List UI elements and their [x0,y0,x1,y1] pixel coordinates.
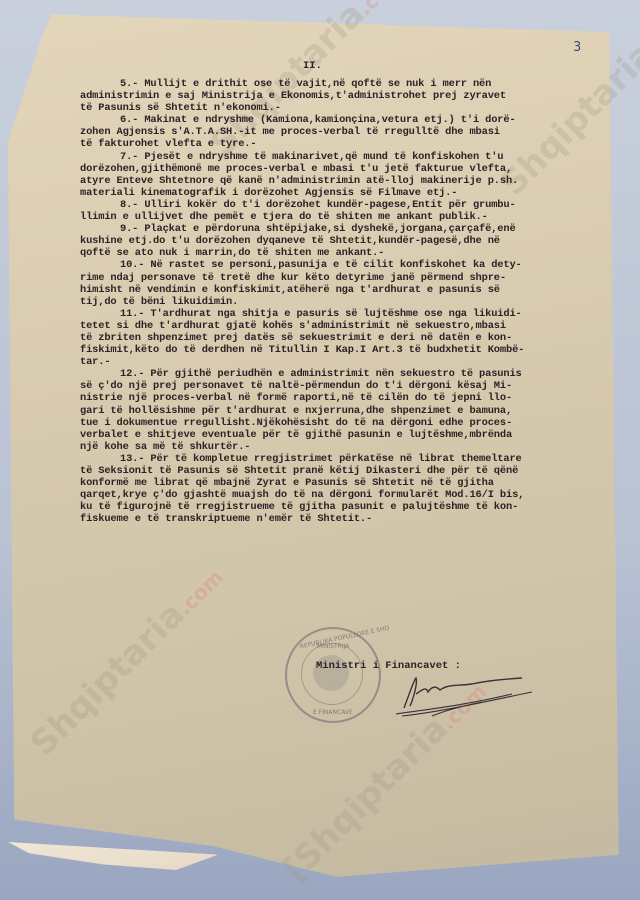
paragraph-7: 7.- Pjesët e ndryshme të makinarivet,që … [80,151,610,199]
text-line: administrimin e saj Ministrija e Ekonomi… [80,90,610,102]
seal-text-mid: MINISTRIJA [317,643,349,650]
page-number: 3 [573,40,581,55]
text-line: të zbriten shpenzimet prej datës së seku… [80,332,610,344]
official-seal-icon: REPUBLIKA POPULLORE E SHQ MINISTRIJA E F… [285,627,381,723]
text-line: tar.- [80,356,610,368]
text-line: 11.- T'ardhurat nga shitja e pasuris së … [80,308,610,320]
text-line: të Seksionit të Pasunis së Shtetit pranë… [80,465,610,477]
text-line: kushine etj.do t'u dorëzohen dyqaneve të… [80,235,610,247]
handwritten-signature-icon [392,672,542,722]
text-line: himisht në vendimin e konfiskimit,atëher… [80,284,610,296]
text-line: konformë me librat që mbajnë Zyrat e Pas… [80,477,610,489]
text-line: ku të figurojnë të rregjistrueme të gjit… [80,501,610,513]
text-line: materiali kinematografik i dorëzohet Agj… [80,187,610,199]
paragraph-12: 12.- Për gjithë periudhën e administrimi… [80,368,610,453]
text-line: fiskueme e të transkriptueme n'emër të S… [80,513,610,525]
section-heading: II. [303,60,322,72]
paragraph-6: 6.- Makinat e ndryshme (Kamiona,kamionçi… [80,114,610,150]
text-line: dorëzohen,gjithëmonë me proces-verbal e … [80,163,610,175]
text-line: një kohe sa më të shkurtër.- [80,441,610,453]
signatory-title: Ministri i Financavet : [316,660,461,672]
text-line: 9.- Plaçkat e përdoruna shtëpijake,si dy… [80,223,610,235]
text-line: 8.- Ulliri kokër do t'i dorëzohet kundër… [80,199,610,211]
text-line: të Pasunis së Shtetit n'ekonomi.- [80,102,610,114]
text-line: fiskimit,këto do të derdhen në Titullin … [80,344,610,356]
text-line: rime ndaj personave të tretë dhe kur kët… [80,272,610,284]
paragraph-13: 13.- Për të kompletue rregjistrimet përk… [80,453,610,526]
text-line: gari të hollësishme për t'ardhurat e nxj… [80,405,610,417]
text-line: 13.- Për të kompletue rregjistrimet përk… [80,453,610,465]
paragraph-5: 5.- Mullijt e drithit ose të vajit,në qo… [80,78,610,114]
text-line: zohen Agjensis s'A.T.A.SH.-it me proces-… [80,126,610,138]
text-line: qarqet,krye ç'do gjashtë muajsh do të na… [80,489,610,501]
text-line: verbalet e shitjeve eventuale për të gji… [80,429,610,441]
text-line: së ç'do një prej personavet të naltë-për… [80,380,610,392]
text-line: 10.- Në rastet se personi,pasunija e të … [80,259,610,271]
folded-corner [8,842,218,870]
document-body: 5.- Mullijt e drithit ose të vajit,në qo… [80,78,610,525]
text-line: qoftë se ato nuk i marrin,do të shiten m… [80,247,610,259]
paragraph-10: 10.- Në rastet se personi,pasunija e të … [80,259,610,307]
text-line: llimin e ullijvet dhe pemët e tjera do t… [80,211,610,223]
text-line: 12.- Për gjithë periudhën e administrimi… [80,368,610,380]
text-line: 6.- Makinat e ndryshme (Kamiona,kamionçi… [80,114,610,126]
text-line: tue i dokumentue rregullisht.Njëkohësish… [80,417,610,429]
text-line: nistrie një proces-verbal në formë rapor… [80,392,610,404]
paragraph-8: 8.- Ulliri kokër do t'i dorëzohet kundër… [80,199,610,223]
paragraph-11: 11.- T'ardhurat nga shitja e pasuris së … [80,308,610,368]
text-line: atyre Enteve Shtetnore që kanë n'adminis… [80,175,610,187]
paragraph-9: 9.- Plaçkat e përdoruna shtëpijake,si dy… [80,223,610,259]
seal-text-bottom: E FINANCAVE [313,709,353,716]
text-line: tij,do të bëni likuidimin. [80,296,610,308]
text-line: 5.- Mullijt e drithit ose të vajit,në qo… [80,78,610,90]
text-line: të fakturohet vlefta e tyre.- [80,138,610,150]
text-line: 7.- Pjesët e ndryshme të makinarivet,që … [80,151,610,163]
text-line: tetet si dhe t'ardhurat gjatë kohës s'ad… [80,320,610,332]
